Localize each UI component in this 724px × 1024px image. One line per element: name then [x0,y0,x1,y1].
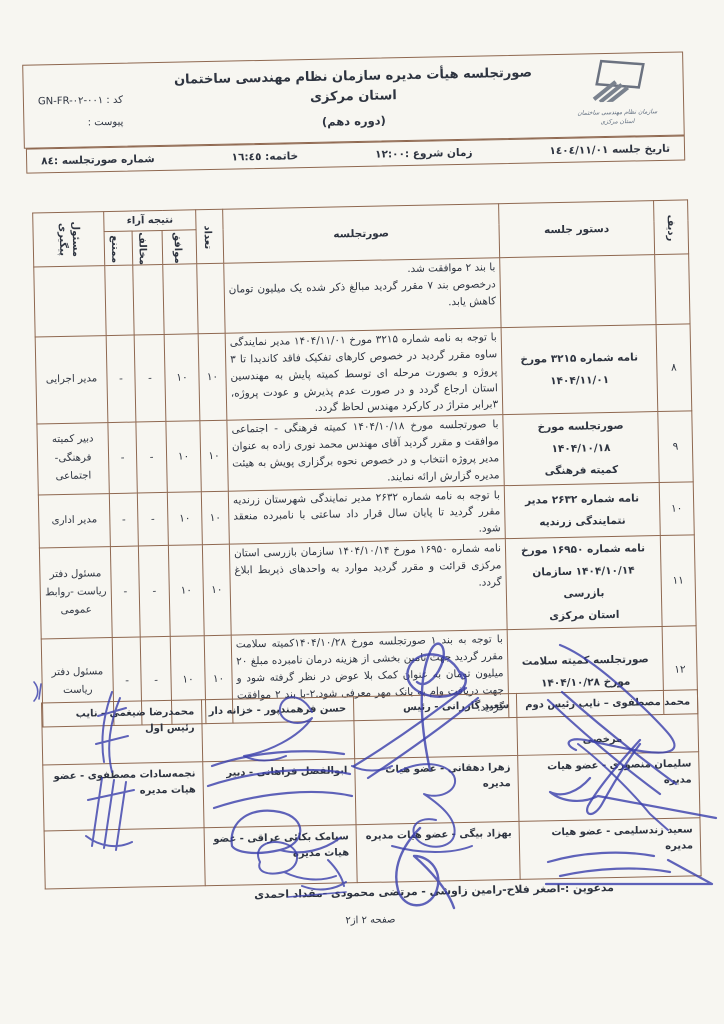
meeting-date: تاریخ جلسه ١٤٠٤/١١/٠١ [549,142,670,156]
header-row-group: ردیف دستور جلسه صورتجلسه تعداد نتیجه آرا… [33,200,688,233]
signer-name: سعید زندسلیمی - عضو هیات مدیره [551,824,693,852]
signer-name: محمد مصطفوی – نایب رئیس دوم [525,696,690,710]
row-responsible: دبیر کمیته فرهنگی- اجتماعی [37,423,109,495]
signature-cell: سیامک بکائی عراقی - عضو هیات مدیره [204,825,357,886]
row-agenda: نامه شماره ۱۶۹۵۰ مورخ ۱۴۰۴/۱۰/۱۴ سازمان … [505,536,662,630]
signer-name: بهزاد بیگی - عضو هیات مدیره [366,828,512,842]
row-disagree: - [136,422,167,493]
row-agree: ۱۰ [168,545,204,637]
code-line: کد : GN-FR-٠٠١-٠٢ [38,90,123,114]
col-header-abstain: ممتنع [104,231,133,266]
col-header-row-no: ردیف [654,200,689,255]
signer-name: زهرا دهقانی - عضو هیات مدیره [385,762,511,790]
title-block: صورتجلسه هیأت مدیره سازمان نظام مهندسی س… [153,63,553,132]
col-header-minutes: صورتجلسه [223,204,500,264]
row-count: ۱۰ [198,333,227,421]
row-responsible [34,266,106,337]
signer-name: سیامک بکائی عراقی - عضو هیات مدیره [213,831,349,859]
row-agree: ۱۰ [164,334,200,422]
row-abstain: - [110,546,140,638]
row-abstain: - [109,493,138,547]
row-no: ۹ [658,411,693,482]
row-disagree: - [138,546,170,638]
row-disagree: - [134,334,166,422]
signature-cell: ابوالفضل فراهانی - دبیر [203,759,356,828]
row-no [655,254,690,325]
row-minutes: با بند ۲ موافقت شد. درخصوص بند ۷ مقرر گر… [224,258,501,334]
attachment-label: پیوست : [38,112,123,136]
signature-cell: محمد مصطفوی – نایب رئیس دوم مرخصی [516,690,698,756]
signature-cell: زهرا دهقانی - عضو هیات مدیره [355,755,519,824]
signer-name: سعید گازرانی - رئیس [403,700,509,713]
scanned-document-page: سازمان نظام مهندسی ساختمان استان مرکزی ص… [0,0,724,1024]
row-minutes: با توجه به نامه شماره ۳۲۱۵ مورخ ۱۴۰۴/۱۱/… [225,328,503,421]
row-agree: ۱۰ [167,491,202,545]
signature-cell: بهزاد بیگی - عضو هیات مدیره [356,821,520,882]
meeting-end-time: خاتمه: ١٦:٤٥ [231,150,298,163]
row-abstain: - [108,422,137,493]
logo-caption: سازمان نظام مهندسی ساختمان استان مرکزی [569,108,665,128]
signer-name: سلیمان منصوری - عضو هیات مدیره [547,758,692,786]
signature-table: محمد مصطفوی – نایب رئیس دوم مرخصی سعید گ… [41,689,702,889]
row-minutes: نامه شماره ۱۶۹۵۰ مورخ ۱۴۰۴/۱۰/۱۴ سازمان … [229,539,507,636]
table-row: ۹ صورتجلسه مورخ ۱۴۰۴/۱۰/۱۸ کمیته فرهنگی … [37,411,693,495]
row-count: ۱۰ [202,544,231,636]
signature-cell: سعید زندسلیمی - عضو هیات مدیره [519,818,701,880]
document-title: صورتجلسه هیأت مدیره سازمان نظام مهندسی س… [153,63,553,110]
row-count: ۱۰ [200,420,228,491]
row-responsible: مسئول دفتر ریاست -روابط عمومی [39,547,112,640]
row-no: ۸ [656,324,692,412]
row-agree: ۱۰ [166,421,201,492]
table-row: با بند ۲ موافقت شد. درخصوص بند ۷ مقرر گر… [34,254,690,337]
table-row: ۸ نامه شماره ۳۲۱۵ مورخ ۱۴۰۴/۱۱/۰۱ با توج… [35,324,692,424]
row-agenda [500,255,656,328]
code-block: کد : GN-FR-٠٠١-٠٢ پیوست : [38,90,124,136]
leave-note: مرخصی [583,732,623,749]
row-count: ۱۰ [201,491,229,545]
signature-cell: سعید گازرانی - رئیس [353,693,517,758]
row-abstain: - [106,335,136,423]
signature-cell: حسن فرهمندپور - خزانه دار [201,697,354,762]
col-header-disagree: مخالف [132,230,163,265]
row-count [197,263,225,334]
row-agree [163,264,198,335]
row-agenda: صورتجلسه مورخ ۱۴۰۴/۱۰/۱۸ کمیته فرهنگی [503,412,659,485]
signer-name: نجمه‌سادات مصطفوی - عضو هیات مدیره [53,768,195,796]
organization-logo: سازمان نظام مهندسی ساختمان استان مرکزی [564,57,670,135]
page-number: صفحه ۲ از۲ [8,908,724,934]
row-agenda: نامه شماره ۳۲۱۵ مورخ ۱۴۰۴/۱۱/۰۱ [501,325,658,415]
scan-skew-wrapper: سازمان نظام مهندسی ساختمان استان مرکزی ص… [0,0,724,1024]
signature-cell: محمدرضا ضیغمی – نایب رئیس اول [42,700,203,765]
row-no: ۱۱ [660,535,696,627]
col-header-count: تعداد [196,209,224,264]
col-header-responsible: مسئول پیگیری [33,212,105,267]
signer-name: محمدرضا ضیغمی – نایب رئیس اول [76,706,195,734]
row-responsible: مدیر اجرایی [35,336,108,425]
logo-icon [581,57,652,102]
code-label: کد : [106,95,123,106]
minutes-table: ردیف دستور جلسه صورتجلسه تعداد نتیجه آرا… [32,199,698,727]
row-agenda: نامه شماره ۲۶۳۲ مدیر نتمایندگی زرندیه [504,482,660,539]
signature-cell: سلیمان منصوری - عضو هیات مدیره [518,752,700,822]
col-header-votes-group: نتیجه آراء [104,210,196,232]
signer-name: حسن فرهمندپور - خزانه دار [209,703,347,717]
row-abstain [105,265,134,336]
row-disagree: - [137,492,168,546]
document-header: سازمان نظام مهندسی ساختمان استان مرکزی ص… [22,51,685,148]
document-subtitle: (دوره دهم) [154,110,553,132]
signature-row: سعید زندسلیمی - عضو هیات مدیره بهزاد بیگ… [44,818,701,889]
meeting-start-time: زمان شروع :١٢:٠٠ [375,146,473,160]
row-minutes: با توجه به نامه شماره ۲۶۳۲ مدیر نمایندگی… [228,485,505,544]
row-minutes: با صورتجلسه مورخ ۱۴۰۴/۱۰/۱۸ کمیته فرهنگی… [227,415,504,491]
code-value: GN-FR-٠٠١-٠٢ [38,90,104,113]
signature-cell: نجمه‌سادات مصطفوی - عضو هیات مدیره [43,762,204,831]
col-header-agree: موافق [162,230,197,265]
row-responsible: مدیر اداری [38,493,110,548]
table-row: ۱۱ نامه شماره ۱۶۹۵۰ مورخ ۱۴۰۴/۱۰/۱۴ سازم… [39,535,696,639]
signature-cell [44,828,205,889]
meeting-number: شماره صورتجلسه :٨٤ [41,153,155,167]
col-header-agenda: دستور جلسه [499,201,655,258]
row-disagree [133,264,164,335]
row-no: ۱۰ [659,481,694,535]
signer-name: ابوالفضل فراهانی - دبیر [226,765,347,778]
